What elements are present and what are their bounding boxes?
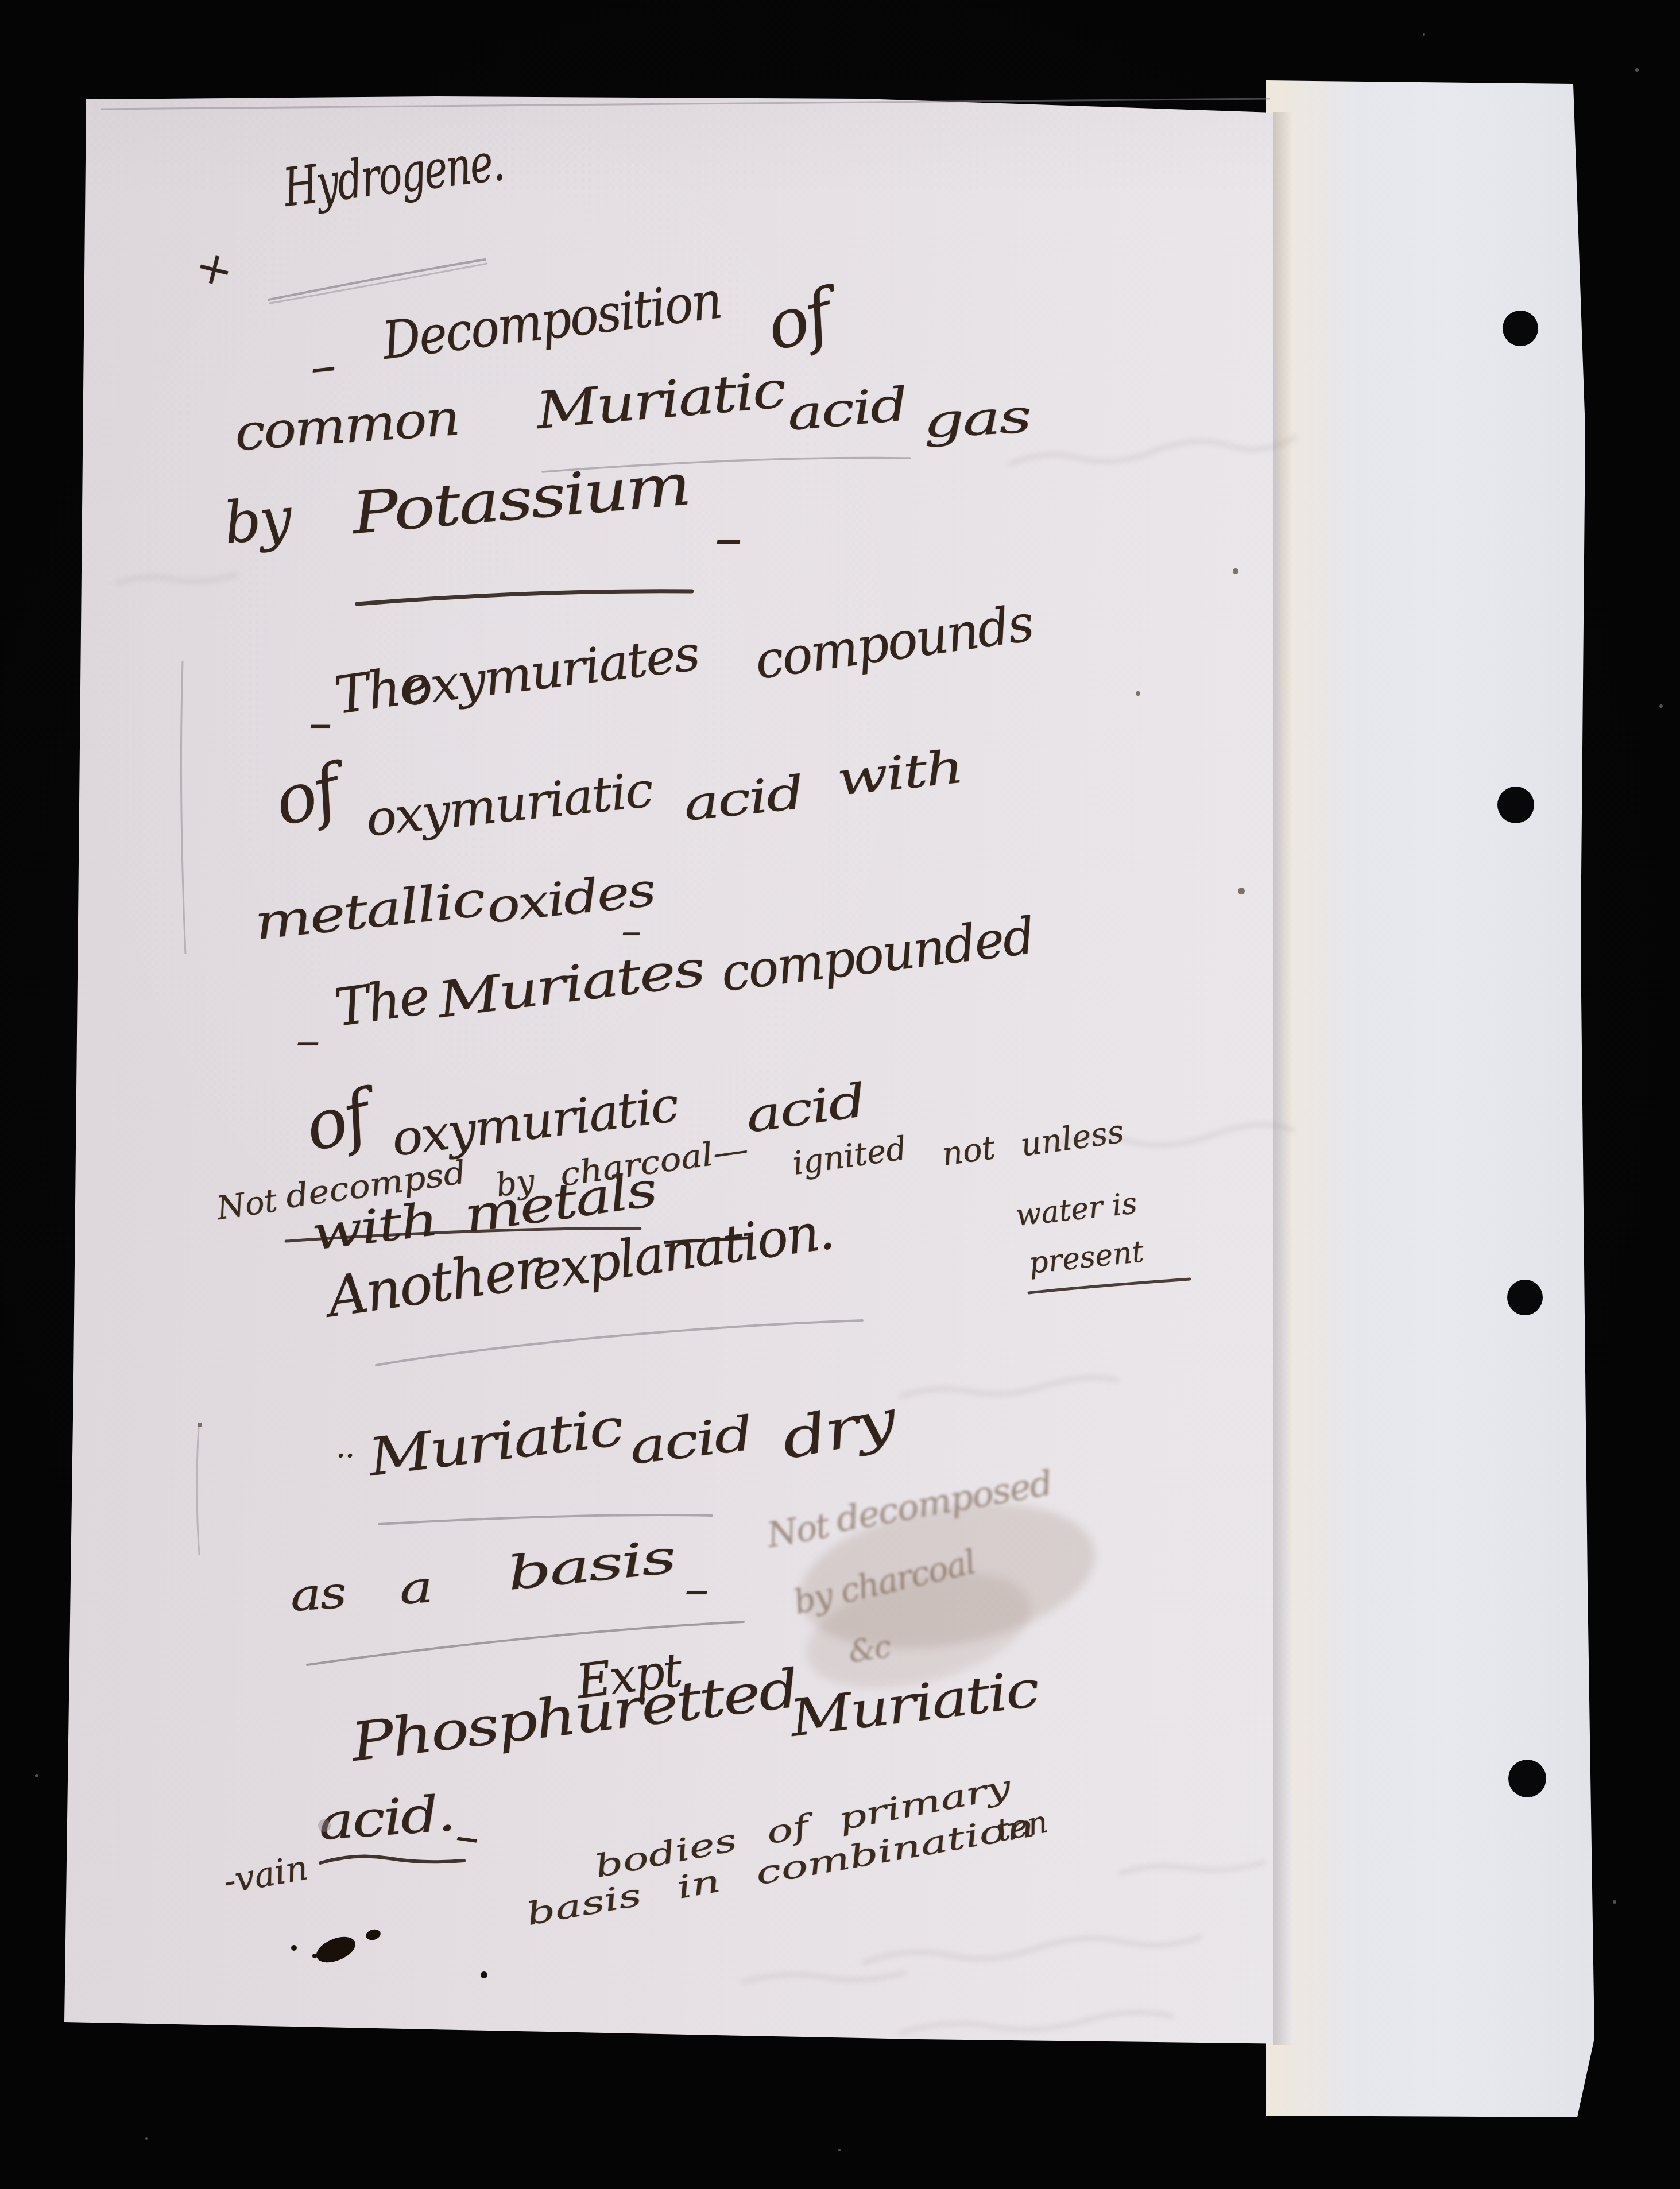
underline-decompsd-charcoal [286,1229,640,1241]
photograph: + Hydrogene. – Decomposition of common M… [0,0,1680,2189]
ink-specks [198,568,1245,1427]
punch-hole [1508,1760,1546,1797]
ink-and-pencil-marks [0,0,1680,2189]
punch-hole [1507,1280,1543,1315]
margin-pencil-line-2 [197,1427,199,1555]
sweep-underline-another-explanation [376,1320,862,1365]
underline-muriatic-acid-dry [379,1515,712,1524]
underline-hydrogene [269,259,485,300]
ink-blot [291,1928,487,1978]
underline-acid-phosphuretted [320,1856,464,1863]
punch-hole [1497,787,1534,823]
underline-muriatic-acid [543,458,910,472]
margin-pencil-line-1 [181,661,185,954]
underline-present [1029,1279,1190,1293]
top-hairline [101,99,1270,109]
underline-as-a-basis [307,1622,744,1665]
gray-spot [318,1819,331,1832]
punch-holes [1497,311,1546,1797]
bleed-through-marks [118,437,1295,2032]
punch-hole [1503,311,1538,346]
dust-specks [35,33,1663,2151]
underline-potassium [357,591,692,604]
underline-hydrogene-2 [270,264,487,303]
